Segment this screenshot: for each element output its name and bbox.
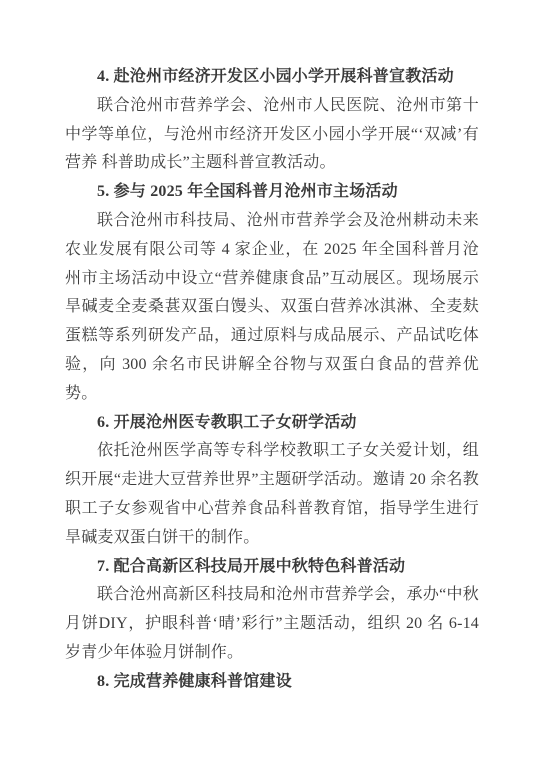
section-5-heading: 5. 参与 2025 年全国科普月沧州市主场活动: [65, 178, 479, 207]
document-page: 4. 赴沧州市经济开发区小园小学开展科普宣教活动 联合沧州市营养学会、沧州市人民…: [0, 0, 542, 768]
section-7-paragraph: 联合沧州高新区科技局和沧州市营养学会，承办“中秋月饼DIY，护眼科普‘晴’彩行”…: [65, 581, 479, 667]
section-6-heading: 6. 开展沧州医专教职工子女研学活动: [65, 409, 479, 438]
section-5-paragraph: 联合沧州市科技局、沧州市营养学会及沧州耕动未来农业发展有限公司等 4 家企业，在…: [65, 207, 479, 409]
document-content: 4. 赴沧州市经济开发区小园小学开展科普宣教活动 联合沧州市营养学会、沧州市人民…: [65, 63, 479, 697]
section-7-heading: 7. 配合高新区科技局开展中秋特色科普活动: [65, 553, 479, 582]
section-4-paragraph: 联合沧州市营养学会、沧州市人民医院、沧州市第十中学等单位，与沧州市经济开发区小园…: [65, 92, 479, 178]
section-6-paragraph: 依托沧州医学高等专科学校教职工子女关爱计划，组织开展“走进大豆营养世界”主题研学…: [65, 437, 479, 552]
section-4-heading: 4. 赴沧州市经济开发区小园小学开展科普宣教活动: [65, 63, 479, 92]
section-8-heading: 8. 完成营养健康科普馆建设: [65, 668, 479, 697]
